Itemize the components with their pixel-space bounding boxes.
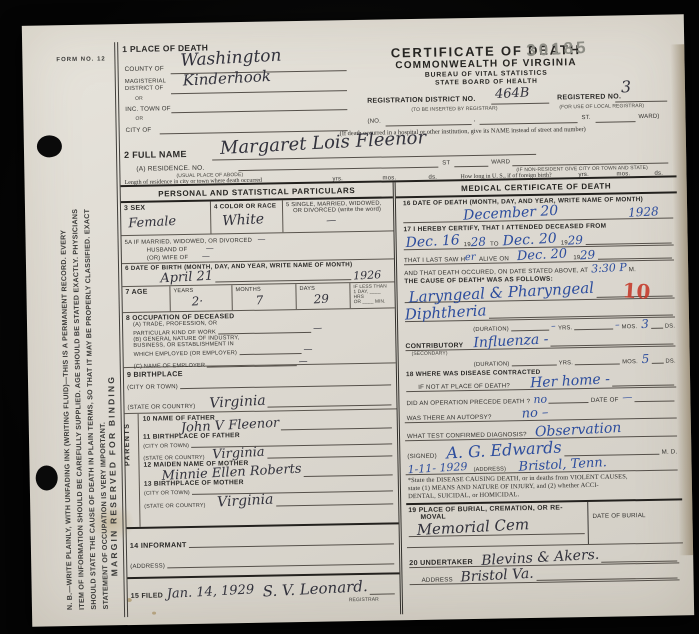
full-name-value: Margaret Lois Fleenor (220, 129, 427, 158)
registered-number-label: REGISTERED NO. (557, 93, 621, 101)
certification-block: 17 I HEREBY CERTIFY, THAT I ATTENDED DEC… (401, 218, 678, 285)
sign-date-value: 1-11- 1929 (407, 461, 467, 475)
parents-fields: 10 NAME OF FATHER John V Fleenor 11 BIRT… (138, 409, 399, 527)
occupation-row: 8 OCCUPATION OF DECEASED (A) TRADE, PROF… (123, 309, 396, 369)
rule-line (386, 124, 472, 127)
attended-from-date: Dec. 16 (405, 233, 460, 250)
rule-line (370, 593, 395, 595)
street-label: ST. (581, 115, 590, 121)
age-cell: 7 AGE (122, 287, 169, 313)
magisterial-label: MAGISTERIAL (125, 78, 166, 85)
undertaker-label: 20 UNDERTAKER (409, 557, 473, 567)
burial-date-label: DATE OF BURIAL (592, 512, 645, 520)
form-body: PERSONAL AND STATISTICAL PARTICULARS 3 S… (121, 175, 684, 619)
rule-line (215, 278, 351, 282)
sex-cell: 3 SEX Female (121, 201, 211, 235)
footnote-block: *State the DISEASE CAUSING DEATH, or in … (406, 470, 682, 505)
rule-line (480, 122, 578, 125)
scan-background: FORM NO. 12 N. B.—WRITE PLAINLY, WITH UN… (0, 0, 699, 634)
cause-line2: Diphtheria (405, 303, 487, 322)
parents-row: PARENTS 10 NAME OF FATHER John V Fleenor… (125, 409, 399, 529)
alive-on-label: ALIVE ON (479, 255, 509, 263)
district-value: Kinderhook (182, 69, 271, 89)
autopsy-value: no – (521, 406, 548, 420)
birthplace-label: 9 BIRTHPLACE (127, 366, 393, 380)
burial-row: 19 PLACE OF BURIAL, CREMATION, OR RE- MO… (406, 501, 683, 549)
certificate-form: 1 PLACE OF DEATH COUNTY OF Washington MA… (114, 32, 684, 617)
medical-certificate-column: MEDICAL CERTIFICATE OF DEATH 16 DATE OF … (396, 177, 684, 614)
registration-district-label: REGISTRATION DISTRICT NO. (367, 96, 476, 105)
district-of-label: DISTRICT OF (125, 85, 164, 92)
race-value: White (222, 211, 281, 228)
birthplace-row: 9 BIRTHPLACE (CITY OR TOWN) (STATE OR CO… (124, 364, 397, 414)
marital-label2: OR DIVORCED (write the word) (293, 206, 391, 214)
contributory-label: CONTRIBUTORY (405, 342, 463, 350)
wife-of-label: (OR) WIFE OF (147, 255, 188, 262)
margin-note-line3: SHOULD STATE THE CAUSE OF DEATH IN PLAIN… (83, 209, 98, 610)
age-months-cell: MONTHS 7 (231, 285, 295, 311)
last-saw-label: THAT I LAST SAW H (404, 256, 465, 264)
race-label: 4 COLOR OR RACE (214, 202, 280, 210)
registered-number-value: 3 (621, 79, 632, 96)
ds-label: ds. (428, 175, 437, 181)
date-of-death-block: 16 DATE OF DEATH (MONTH, DAY, AND YEAR, … (401, 193, 677, 223)
last-saw-year: 29 (580, 249, 596, 262)
age-years-value: 2· (191, 294, 230, 308)
burial-place-value: Memorial Cem (416, 517, 529, 538)
rule-line (239, 352, 302, 355)
mother-birthplace-value: Virginia (217, 492, 274, 509)
mos-label: mos. (616, 171, 630, 177)
duration-mos-value: – (615, 321, 620, 330)
rule-line (598, 257, 672, 260)
form-header: 1 PLACE OF DEATH COUNTY OF Washington MA… (118, 32, 676, 185)
occupation-b-value: — (303, 346, 312, 355)
operation-value: no (533, 393, 547, 405)
parents-label: PARENTS (124, 422, 132, 466)
less-than-day-cell: IF LESS THAN 1 DAY, ____ HRS OR ____ MIN… (349, 283, 394, 309)
rule-line (167, 563, 394, 569)
residence-label: (A) RESIDENCE. NO. (136, 165, 204, 173)
undertaker-address-label: ADDRESS (421, 577, 452, 585)
birthplace-value: Virginia (209, 393, 266, 410)
duration-ds-value: 3 (641, 318, 649, 330)
age-months-value: 7 (255, 293, 294, 307)
age-days-value: 29 (313, 292, 348, 306)
to-label: TO (490, 242, 499, 248)
race-cell: 4 COLOR OR RACE White (210, 200, 283, 234)
5a-value: — (258, 236, 266, 244)
local-registrar-note: (FOR USE OF LOCAL REGISTRAR) (559, 103, 644, 110)
or-label: OR (135, 116, 143, 122)
sex-label: 3 SEX (124, 203, 208, 211)
rule-line (276, 502, 393, 506)
red-file-mark: 10 (622, 278, 651, 304)
father-birthplace-value: Virginia (212, 445, 265, 461)
death-certificate-document: FORM NO. 12 N. B.—WRITE PLAINLY, WITH UN… (22, 14, 694, 626)
attended-from-year: 28 (470, 235, 486, 248)
marital-cell: 5 SINGLE, MARRIED, WIDOWED, OR DIVORCED … (282, 198, 394, 233)
registration-district-value: 464B (495, 86, 530, 101)
personal-particulars-column: PERSONAL AND STATISTICAL PARTICULARS 3 S… (121, 182, 403, 619)
date-of-death-year: 1928 (628, 205, 659, 219)
rule-line (171, 90, 347, 94)
duration2-ds-value: 5 (642, 353, 650, 365)
sex-race-marital-row: 3 SEX Female 4 COLOR OR RACE White 5 SIN… (121, 198, 394, 236)
occupation-a-value: — (313, 325, 322, 334)
cause-of-death-block: Laryngeal & Pharyngeal Diphtheria 10 (402, 280, 679, 322)
dob-year: 1926 (353, 269, 382, 281)
rule-line (491, 103, 549, 105)
rule-line (238, 167, 438, 171)
rule-line (180, 384, 391, 390)
comma: , (473, 117, 475, 123)
full-name-label: 2 FULL NAME (124, 149, 187, 160)
duration-yrs-value: – (551, 322, 556, 331)
informant-label: 14 INFORMANT (130, 540, 187, 550)
filed-row: 15 FILED Jan. 14, 1929 S. V. Leonard. RE… (127, 575, 400, 619)
age-days-cell: DAYS 29 (295, 284, 349, 310)
residence-ward-label: WARD (491, 159, 510, 165)
last-saw-date: Dec. 20 (517, 247, 568, 263)
rule-line (189, 542, 394, 548)
margin-binding-note: MARGIN RESERVED FOR BINDING (106, 375, 120, 577)
ds-label: ds. (654, 171, 663, 177)
state-or-country-label: (STATE OR COUNTRY) (127, 404, 195, 411)
city-of-label: CITY OF (126, 127, 152, 134)
undertaker-block: 20 UNDERTAKER Blevins & Akers. ADDRESS B… (407, 544, 684, 586)
burial-date-cell: DATE OF BURIAL (587, 501, 683, 545)
form-number: FORM NO. 12 (56, 56, 105, 63)
husband-of-label: HUSBAND OF (147, 247, 188, 254)
undertaker-address-value: Bristol Va. (460, 567, 534, 585)
death-time-value: 3:30 P (591, 262, 627, 275)
rule-line (268, 403, 392, 407)
street-no-label: (NO. (367, 119, 381, 125)
or-label: OR (135, 96, 143, 102)
last-saw-er: er (465, 253, 476, 264)
rule-line (612, 383, 674, 386)
less-than-label3: OR ____ MIN. (354, 300, 393, 306)
punch-hole (37, 135, 62, 157)
rule-line (454, 166, 488, 168)
mos-label: mos. (382, 175, 396, 181)
age-label: 7 AGE (125, 289, 167, 297)
filed-label: 15 FILED (131, 593, 163, 601)
rule-line (651, 327, 663, 329)
address-label: (ADDRESS) (473, 466, 506, 473)
age-years-cell: YEARS 2· (169, 286, 231, 312)
yrs-label: yrs. (332, 176, 343, 182)
yrs-label: yrs. (578, 172, 589, 178)
ward-label: WARD) (638, 114, 659, 120)
inc-town-label: INC. TOWN OF (125, 105, 171, 113)
meridiem-label: M. (629, 266, 636, 273)
attended-to-year: 29 (568, 234, 584, 247)
sex-value: Female (128, 213, 209, 230)
state-or-country-label: (STATE OR COUNTRY) (144, 502, 206, 509)
burial-place-cell: 19 PLACE OF BURIAL, CREMATION, OR RE- MO… (406, 502, 588, 547)
operation-date-value: — (622, 393, 633, 404)
punch-hole (35, 465, 57, 490)
informant-row: 14 INFORMANT (ADDRESS) (127, 525, 400, 580)
marital-value: — (326, 213, 391, 226)
registrar-insert-note: (TO BE INSERTED BY REGISTRAR) (411, 106, 497, 114)
dob-value: April 21 (160, 270, 214, 286)
rule-line (536, 577, 677, 581)
city-or-town-label: (CITY OR TOWN) (127, 384, 178, 391)
contributory-value: Influenza - (473, 332, 549, 350)
wife-value: — (202, 253, 210, 261)
rule-line (585, 242, 672, 246)
residence-st-label: ST (442, 160, 450, 166)
county-label: COUNTY OF (125, 65, 164, 73)
certificate-number-stamp: 30185 (526, 38, 589, 61)
rule-line (171, 109, 347, 113)
attended-to-date: Dec. 20 (502, 232, 557, 249)
informant-address-label: (ADDRESS) (130, 564, 165, 571)
rule-line (601, 560, 677, 563)
rule-line (596, 121, 636, 123)
rule-line (652, 362, 664, 364)
occupation-b3-label: WHICH EMPLOYED (OR EMPLOYER) (134, 351, 238, 359)
where-contracted-value: Her home - (530, 372, 610, 390)
